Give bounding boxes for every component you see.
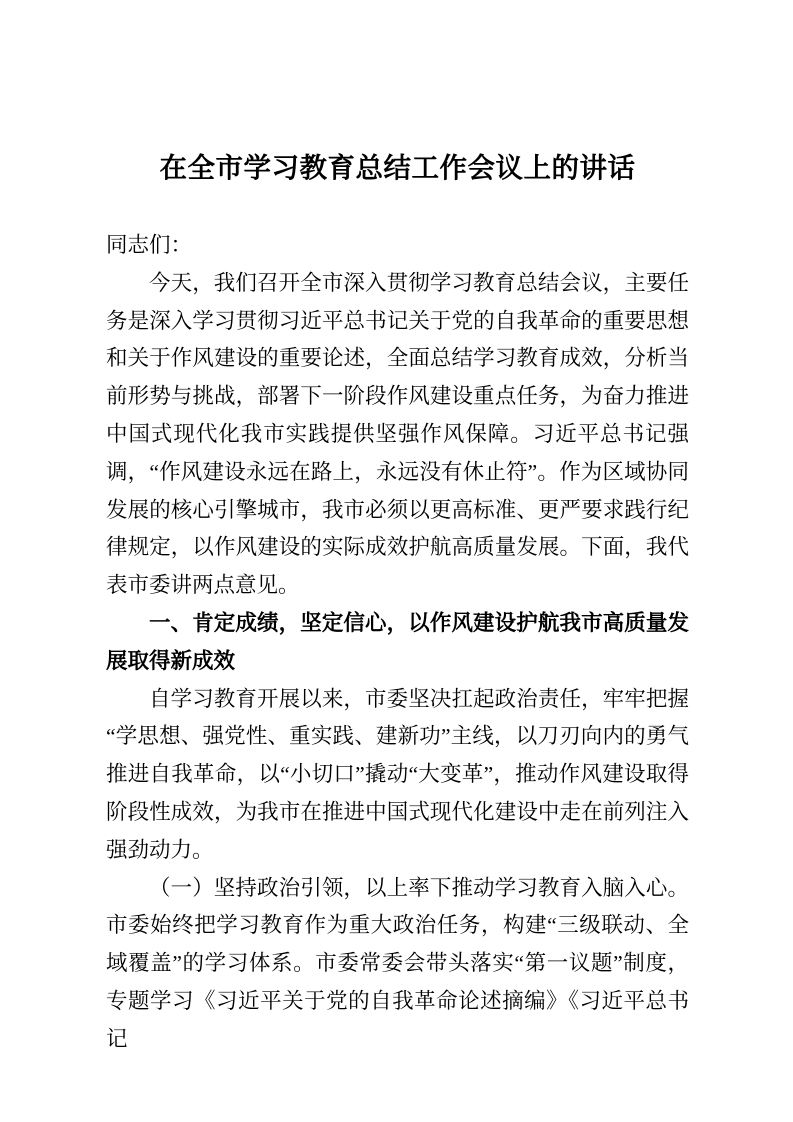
document-page: 在全市学习教育总结工作会议上的讲话 同志们： 今天，我们召开全市深入贯彻学习教育… [0,0,793,1122]
salutation: 同志们： [106,227,689,265]
document-title: 在全市学习教育总结工作会议上的讲话 [106,145,689,190]
paragraph-intro: 今天，我们召开全市深入贯彻学习教育总结会议，主要任务是深入学习贯彻习近平总书记关… [106,265,689,605]
document-body: 同志们： 今天，我们召开全市深入贯彻学习教育总结会议，主要任务是深入学习贯彻习近… [106,227,689,1059]
paragraph-political-guidance: （一）坚持政治引领，以上率下推动学习教育入脑入心。市委始终把学习教育作为重大政治… [106,870,689,1059]
paragraph-achievements: 自学习教育开展以来，市委坚决扛起政治责任，牢牢把握“学思想、强党性、重实践、建新… [106,681,689,870]
section-heading-1: 一、肯定成绩，坚定信心，以作风建设护航我市高质量发展取得新成效 [106,605,689,681]
